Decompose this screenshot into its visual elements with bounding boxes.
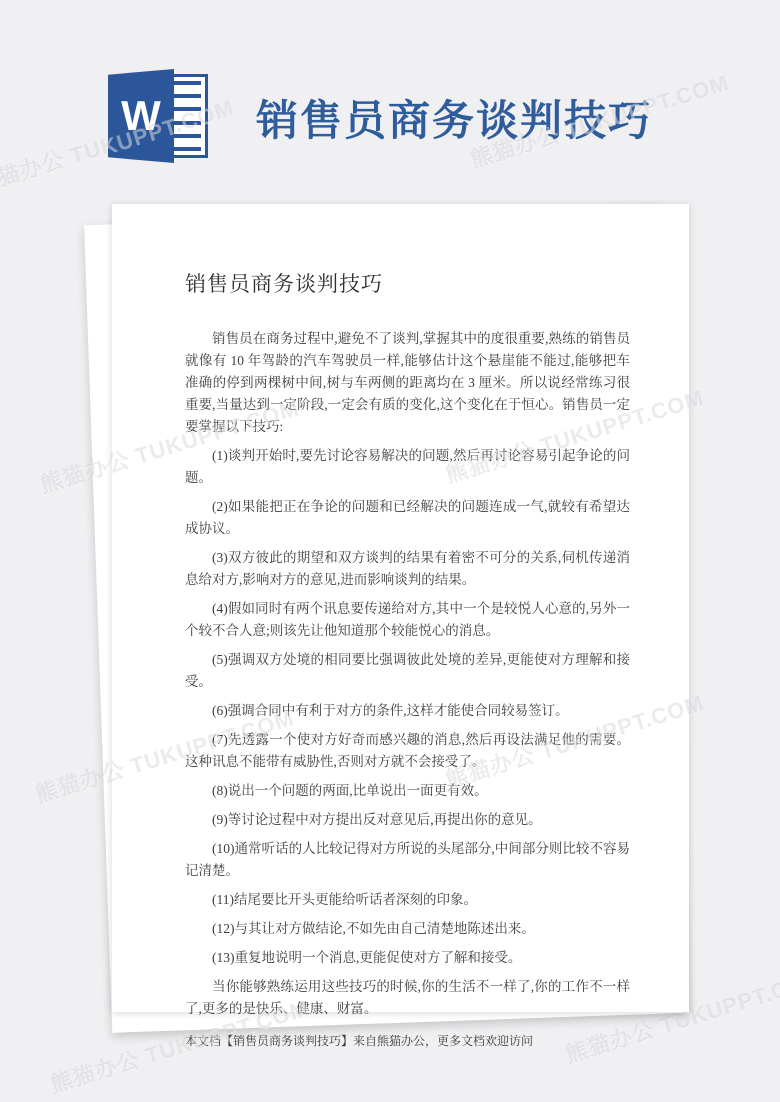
document-item: (13)重复地说明一个消息,更能促使对方了解和接受。 <box>185 947 630 969</box>
document-item: (5)强调双方处境的相同要比强调彼此处境的差异,更能使对方理解和接受。 <box>185 649 630 693</box>
document-item-list: (1)谈判开始时,要先讨论容易解决的问题,然后再讨论容易引起争论的问题。(2)如… <box>185 445 630 969</box>
document-footer-note: 本文档【销售员商务谈判技巧】来自熊猫办公，更多文档欢迎访问 <box>185 1032 630 1050</box>
document-item: (12)与其让对方做结论,不如先由自己清楚地陈述出来。 <box>185 918 630 940</box>
document-item: (4)假如同时有两个讯息要传递给对方,其中一个是较悦人心意的,另外一个较不合人意… <box>185 598 630 642</box>
document-item: (11)结尾要比开头更能给听话者深刻的印象。 <box>185 889 630 911</box>
document-closing-paragraph: 当你能够熟练运用这些技巧的时候,你的生活不一样了,你的工作不一样了,更多的是快乐… <box>185 976 630 1020</box>
document-item: (10)通常听话的人比较记得对方所说的头尾部分,中间部分则比较不容易记清楚。 <box>185 838 630 882</box>
document-item: (8)说出一个问题的两面,比单说出一面更有效。 <box>185 780 630 802</box>
document-item: (6)强调合同中有利于对方的条件,这样才能使合同较易签订。 <box>185 700 630 722</box>
document-item: (9)等讨论过程中对方提出反对意见后,再提出你的意见。 <box>185 809 630 831</box>
document-intro-paragraph: 销售员在商务过程中,避免不了谈判,掌握其中的度很重要,熟练的销售员就像有 10 … <box>185 328 630 438</box>
word-icon: W <box>108 68 208 164</box>
document-item: (7)先透露一个使对方好奇而感兴趣的消息,然后再设法满足他的需要。这种讯息不能带… <box>185 729 630 773</box>
page-title: 销售员商务谈判技巧 <box>256 88 652 148</box>
document-item: (3)双方彼此的期望和双方谈判的结果有着密不可分的关系,伺机传递消息给对方,影响… <box>185 547 630 591</box>
word-icon-cover: W <box>108 68 174 164</box>
document-preview-canvas: W 销售员商务谈判技巧 销售员商务谈判技巧 销售员在商务过程中,避免不了谈判,掌… <box>0 0 780 1102</box>
document-title: 销售员商务谈判技巧 <box>185 268 630 298</box>
word-icon-letter: W <box>121 95 161 137</box>
document-item: (1)谈判开始时,要先讨论容易解决的问题,然后再讨论容易引起争论的问题。 <box>185 445 630 489</box>
document-page: 销售员商务谈判技巧 销售员在商务过程中,避免不了谈判,掌握其中的度很重要,熟练的… <box>112 204 689 1012</box>
document-item: (2)如果能把正在争论的问题和已经解决的问题连成一气,就较有希望达成协议。 <box>185 496 630 540</box>
